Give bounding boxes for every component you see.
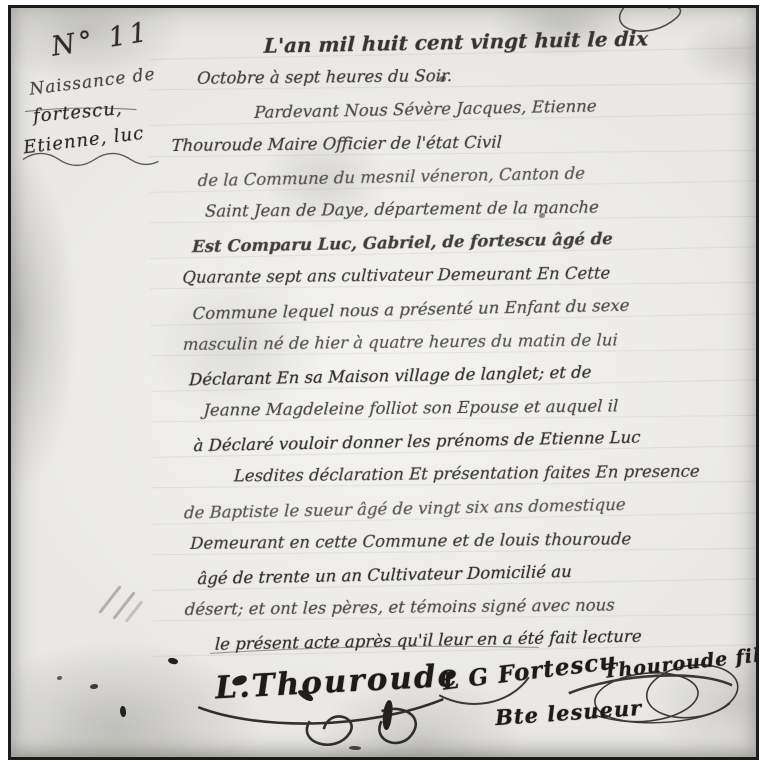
signature-mayor: L.Thouroude <box>214 658 460 707</box>
signature-witness-1: Bte lesueur <box>494 695 643 730</box>
margin-note-line: fortescu, <box>32 98 123 127</box>
record-number: N° 11 <box>49 16 153 62</box>
margin-note-line: Etienne, luc <box>22 123 145 159</box>
ink-speck <box>119 706 127 718</box>
signature-swash-mayor <box>198 699 443 744</box>
margin-note-line: Naissance de <box>28 64 156 99</box>
document-scan: N° 11 Naissance de fortescu, Etienne, lu… <box>8 5 759 760</box>
ink-speck <box>57 676 62 680</box>
ink-speck <box>381 700 394 731</box>
ink-speck <box>90 684 98 689</box>
act-text: L'an mil huit cent vingt huit le dix Oct… <box>159 24 759 659</box>
pencil-mark <box>125 600 143 622</box>
ink-speck <box>349 745 361 750</box>
scanned-page: N° 11 Naissance de fortescu, Etienne, lu… <box>0 0 769 770</box>
